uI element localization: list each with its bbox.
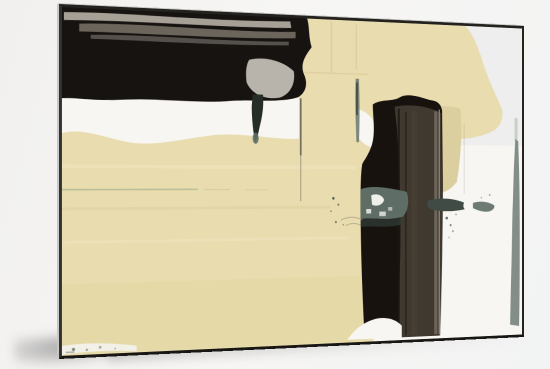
- teal-drip-core: [356, 82, 357, 115]
- band-edge-highlight: [439, 109, 440, 333]
- stroke-gap-dot: [463, 201, 471, 211]
- paint-speckle: [337, 204, 339, 206]
- paint-speckle: [445, 217, 447, 220]
- green-line-mark: [203, 189, 230, 190]
- right-edge-teal-streak-faint: [515, 118, 518, 140]
- band-edge-highlight: [434, 111, 437, 334]
- beige-lower-shade: [62, 276, 362, 355]
- paint-speckle: [455, 214, 457, 216]
- thin-drip-line: [300, 98, 302, 155]
- beige-seam-line: [356, 24, 357, 69]
- paint-speckle: [332, 197, 334, 200]
- thin-drip-line: [300, 155, 301, 201]
- band-vertical-streak: [405, 112, 407, 335]
- white-fleck: [366, 209, 371, 214]
- hairline-mark: [464, 124, 465, 194]
- band-vertical-streak: [411, 111, 417, 335]
- scene: [0, 0, 550, 369]
- beige-seam-line: [331, 21, 332, 72]
- green-line-mark: [62, 189, 198, 191]
- teal-patch-underline: [361, 218, 401, 227]
- artwork-canvas: [62, 7, 522, 356]
- framed-art-print: [59, 4, 524, 359]
- green-line-mark: [246, 189, 269, 190]
- paint-speckle: [330, 210, 332, 212]
- paint-speckle: [481, 197, 483, 199]
- paint-speckle: [489, 194, 491, 196]
- paint-drip-tip: [253, 133, 259, 144]
- white-fleck: [388, 207, 392, 211]
- white-fleck: [379, 212, 385, 217]
